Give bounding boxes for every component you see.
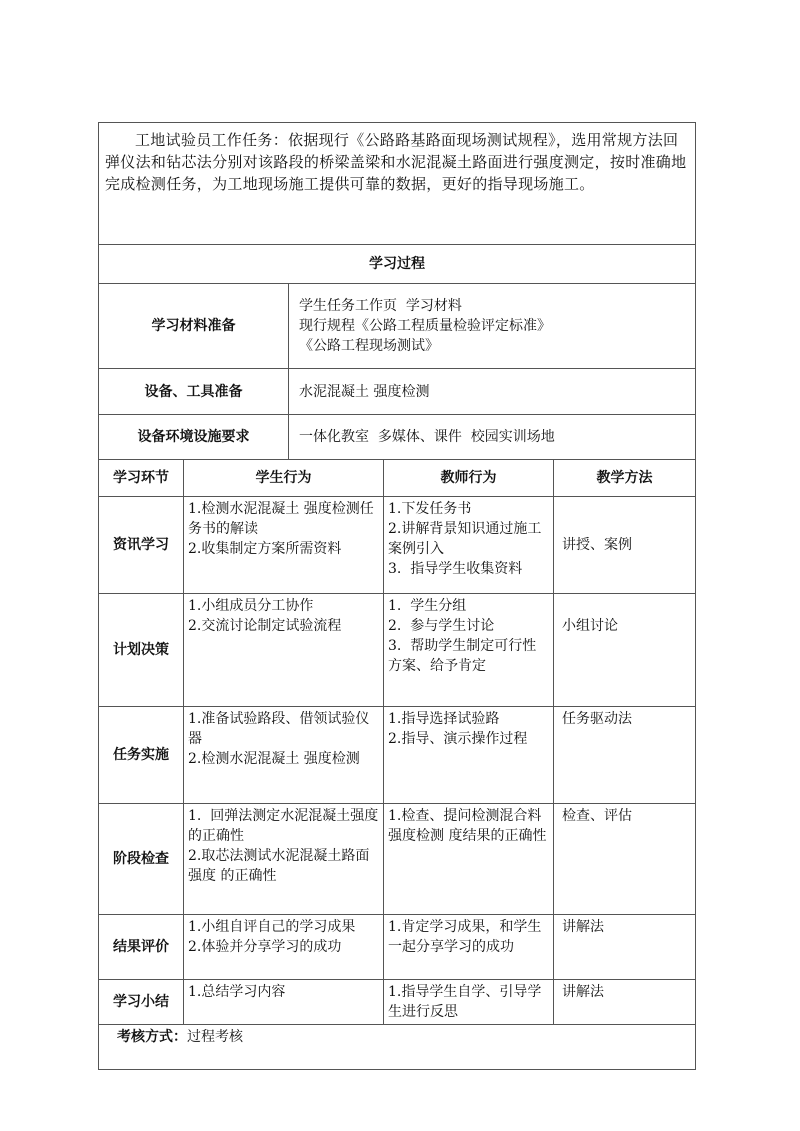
- teacher-behavior: 1.检查、提问检测混合料强度检测 度结果的正确性: [384, 804, 554, 915]
- teaching-method: 任务驱动法: [554, 707, 696, 804]
- teacher-line: 2.指导、演示操作过程: [388, 729, 549, 749]
- teacher-line: 1.指导学生自学、引导学生进行反思: [388, 982, 549, 1022]
- prep-value: 学生任务工作页 学习材料 现行规程《公路工程质量检验评定标准》 《公路工程现场测…: [289, 284, 696, 369]
- table-row: 学习小结 1.总结学习内容 1.指导学生自学、引导学生进行反思 讲解法: [99, 980, 696, 1025]
- teacher-behavior: 1.指导选择试验路 2.指导、演示操作过程: [384, 707, 554, 804]
- table-row: 阶段检查 1. 回弹法测定水泥混凝土强度的正确性 2.取芯法测试水泥混凝土路面强…: [99, 804, 696, 915]
- task-description-row: 工地试验员工作任务：依据现行《公路路基路面现场测试规程》，选用常规方法回弹仪法和…: [99, 123, 696, 245]
- teacher-line: 1.肯定学习成果，和学生一起分享学习的成功: [388, 917, 549, 957]
- teacher-behavior: 1.下发任务书 2.讲解背景知识通过施工案例引入 3. 指导学生收集资料: [384, 497, 554, 594]
- header-teacher: 教师行为: [384, 460, 554, 497]
- student-behavior: 1.准备试验路段、借领试验仪器 2.检测水泥混凝土 强度检测: [184, 707, 384, 804]
- student-line: 1.小组自评自己的学习成果: [188, 917, 379, 937]
- assessment-label: 考核方式：: [117, 1029, 187, 1045]
- student-behavior: 1. 回弹法测定水泥混凝土强度的正确性 2.取芯法测试水泥混凝土路面强度 的正确…: [184, 804, 384, 915]
- prep-line: 水泥混凝土 强度检测: [299, 382, 685, 402]
- student-line: 1. 回弹法测定水泥混凝土强度的正确性: [188, 806, 379, 846]
- student-behavior: 1.检测水泥混凝土 强度检测任务书的解读 2.收集制定方案所需资料: [184, 497, 384, 594]
- teacher-line: 1.检查、提问检测混合料强度检测 度结果的正确性: [388, 806, 549, 846]
- teaching-method: 讲解法: [554, 915, 696, 980]
- table-row: 资讯学习 1.检测水泥混凝土 强度检测任务书的解读 2.收集制定方案所需资料 1…: [99, 497, 696, 594]
- student-behavior: 1.小组自评自己的学习成果 2.体验并分享学习的成功: [184, 915, 384, 980]
- student-behavior: 1.小组成员分工协作 2.交流讨论制定试验流程: [184, 594, 384, 707]
- teaching-method: 讲授、案例: [554, 497, 696, 594]
- prep-label: 设备环境设施要求: [99, 415, 289, 460]
- section-title-row: 学习过程: [99, 245, 696, 284]
- prep-line: 一体化教室 多媒体、课件 校园实训场地: [299, 427, 685, 447]
- prep-row-environment: 设备环境设施要求 一体化教室 多媒体、课件 校园实训场地: [99, 415, 696, 460]
- task-description-text: 工地试验员工作任务：依据现行《公路路基路面现场测试规程》，选用常规方法回弹仪法和…: [105, 129, 689, 195]
- student-line: 2.交流讨论制定试验流程: [188, 616, 379, 636]
- assessment-value: 过程考核: [187, 1029, 243, 1045]
- table-row: 结果评价 1.小组自评自己的学习成果 2.体验并分享学习的成功 1.肯定学习成果…: [99, 915, 696, 980]
- assessment-row: 考核方式：过程考核: [99, 1025, 696, 1070]
- prep-line: 现行规程《公路工程质量检验评定标准》: [299, 316, 685, 336]
- stage-name: 结果评价: [99, 915, 184, 980]
- teacher-behavior: 1.指导学生自学、引导学生进行反思: [384, 980, 554, 1025]
- stage-name: 计划决策: [99, 594, 184, 707]
- prep-label: 学习材料准备: [99, 284, 289, 369]
- student-line: 2.体验并分享学习的成功: [188, 937, 379, 957]
- teacher-line: 2. 参与学生讨论: [388, 616, 549, 636]
- teacher-line: 2.讲解背景知识通过施工案例引入: [388, 519, 549, 559]
- teacher-line: 3. 帮助学生制定可行性方案、给予肯定: [388, 636, 549, 676]
- student-line: 2.检测水泥混凝土 强度检测: [188, 749, 379, 769]
- teaching-method: 小组讨论: [554, 594, 696, 707]
- stage-name: 学习小结: [99, 980, 184, 1025]
- stage-table-header: 学习环节 学生行为 教师行为 教学方法: [99, 460, 696, 497]
- prep-value: 一体化教室 多媒体、课件 校园实训场地: [289, 415, 696, 460]
- lesson-plan-table: 工地试验员工作任务：依据现行《公路路基路面现场测试规程》，选用常规方法回弹仪法和…: [98, 122, 696, 1070]
- stage-name: 任务实施: [99, 707, 184, 804]
- header-student: 学生行为: [184, 460, 384, 497]
- assessment-cell: 考核方式：过程考核: [99, 1025, 696, 1070]
- prep-label: 设备、工具准备: [99, 369, 289, 415]
- prep-line: 《公路工程现场测试》: [299, 336, 685, 356]
- prep-line: 学生任务工作页 学习材料: [299, 296, 685, 316]
- prep-row-tools: 设备、工具准备 水泥混凝土 强度检测: [99, 369, 696, 415]
- section-title: 学习过程: [99, 245, 696, 284]
- teacher-line: 1.下发任务书: [388, 499, 549, 519]
- prep-value: 水泥混凝土 强度检测: [289, 369, 696, 415]
- student-line: 2.收集制定方案所需资料: [188, 539, 379, 559]
- task-description-cell: 工地试验员工作任务：依据现行《公路路基路面现场测试规程》，选用常规方法回弹仪法和…: [99, 123, 696, 245]
- lesson-plan-page: 工地试验员工作任务：依据现行《公路路基路面现场测试规程》，选用常规方法回弹仪法和…: [98, 122, 695, 1070]
- teacher-line: 1.指导选择试验路: [388, 709, 549, 729]
- teaching-method: 检查、评估: [554, 804, 696, 915]
- student-line: 1.检测水泥混凝土 强度检测任务书的解读: [188, 499, 379, 539]
- table-row: 计划决策 1.小组成员分工协作 2.交流讨论制定试验流程 1. 学生分组 2. …: [99, 594, 696, 707]
- teaching-method: 讲解法: [554, 980, 696, 1025]
- student-line: 2.取芯法测试水泥混凝土路面强度 的正确性: [188, 846, 379, 886]
- prep-row-materials: 学习材料准备 学生任务工作页 学习材料 现行规程《公路工程质量检验评定标准》 《…: [99, 284, 696, 369]
- table-row: 任务实施 1.准备试验路段、借领试验仪器 2.检测水泥混凝土 强度检测 1.指导…: [99, 707, 696, 804]
- teacher-behavior: 1. 学生分组 2. 参与学生讨论 3. 帮助学生制定可行性方案、给予肯定: [384, 594, 554, 707]
- teacher-line: 1. 学生分组: [388, 596, 549, 616]
- student-line: 1.小组成员分工协作: [188, 596, 379, 616]
- teacher-behavior: 1.肯定学习成果，和学生一起分享学习的成功: [384, 915, 554, 980]
- teacher-line: 3. 指导学生收集资料: [388, 559, 549, 579]
- stage-name: 阶段检查: [99, 804, 184, 915]
- header-method: 教学方法: [554, 460, 696, 497]
- student-line: 1.总结学习内容: [188, 982, 379, 1002]
- header-stage: 学习环节: [99, 460, 184, 497]
- stage-name: 资讯学习: [99, 497, 184, 594]
- student-behavior: 1.总结学习内容: [184, 980, 384, 1025]
- student-line: 1.准备试验路段、借领试验仪器: [188, 709, 379, 749]
